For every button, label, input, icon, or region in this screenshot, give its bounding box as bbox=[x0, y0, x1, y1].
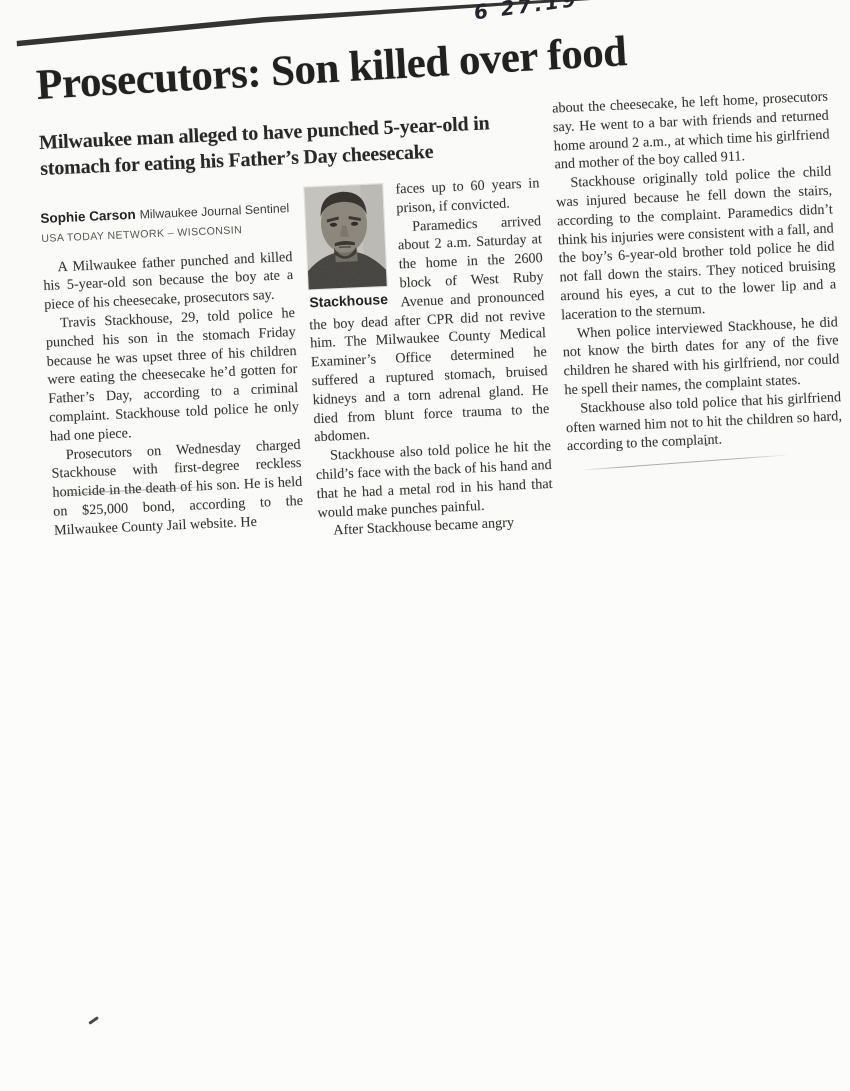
article-paragraph: Stackhouse also told police that his gir… bbox=[565, 388, 843, 456]
article-paragraph: Stackhouse originally told police the ch… bbox=[555, 163, 837, 325]
article-body: Milwaukee man alleged to have punched 5-… bbox=[36, 89, 850, 553]
column-1: Sophie CarsonMilwaukee Journal Sentinel … bbox=[39, 185, 304, 553]
article-paragraph: Travis Stackhouse, 29, told police he pu… bbox=[45, 304, 301, 446]
column-3: about the cheesecake, he left home, pros… bbox=[552, 88, 843, 457]
subheadline: Milwaukee man alleged to have punched 5-… bbox=[39, 109, 517, 182]
byline: Sophie CarsonMilwaukee Journal Sentinel … bbox=[40, 199, 291, 248]
left-section: Milwaukee man alleged to have punched 5-… bbox=[36, 102, 554, 553]
scanned-newspaper-page: 6 27.19 Prosecutors: Son killed over foo… bbox=[0, 0, 850, 1091]
mugshot-photo: Stackhouse bbox=[303, 183, 392, 312]
mugshot-image bbox=[303, 183, 387, 290]
byline-publication: Milwaukee Journal Sentinel bbox=[139, 201, 289, 222]
article-paragraph: When police interviewed Stackhouse, he d… bbox=[562, 313, 841, 400]
article-paragraph: Stackhouse also told police he hit the c… bbox=[315, 437, 554, 522]
columns-1-2: Sophie CarsonMilwaukee Journal Sentinel … bbox=[39, 174, 554, 553]
article-paragraph: about the cheesecake, he left home, pros… bbox=[552, 88, 831, 175]
byline-author: Sophie Carson bbox=[40, 207, 136, 226]
newspaper-clipping: 6 27.19 Prosecutors: Son killed over foo… bbox=[17, 0, 850, 553]
column-2: Stackhouse faces up to 60 years in priso… bbox=[303, 174, 554, 541]
photo-caption: Stackhouse bbox=[309, 290, 393, 312]
pen-mark bbox=[88, 1016, 98, 1024]
ink-speck bbox=[705, 444, 708, 446]
